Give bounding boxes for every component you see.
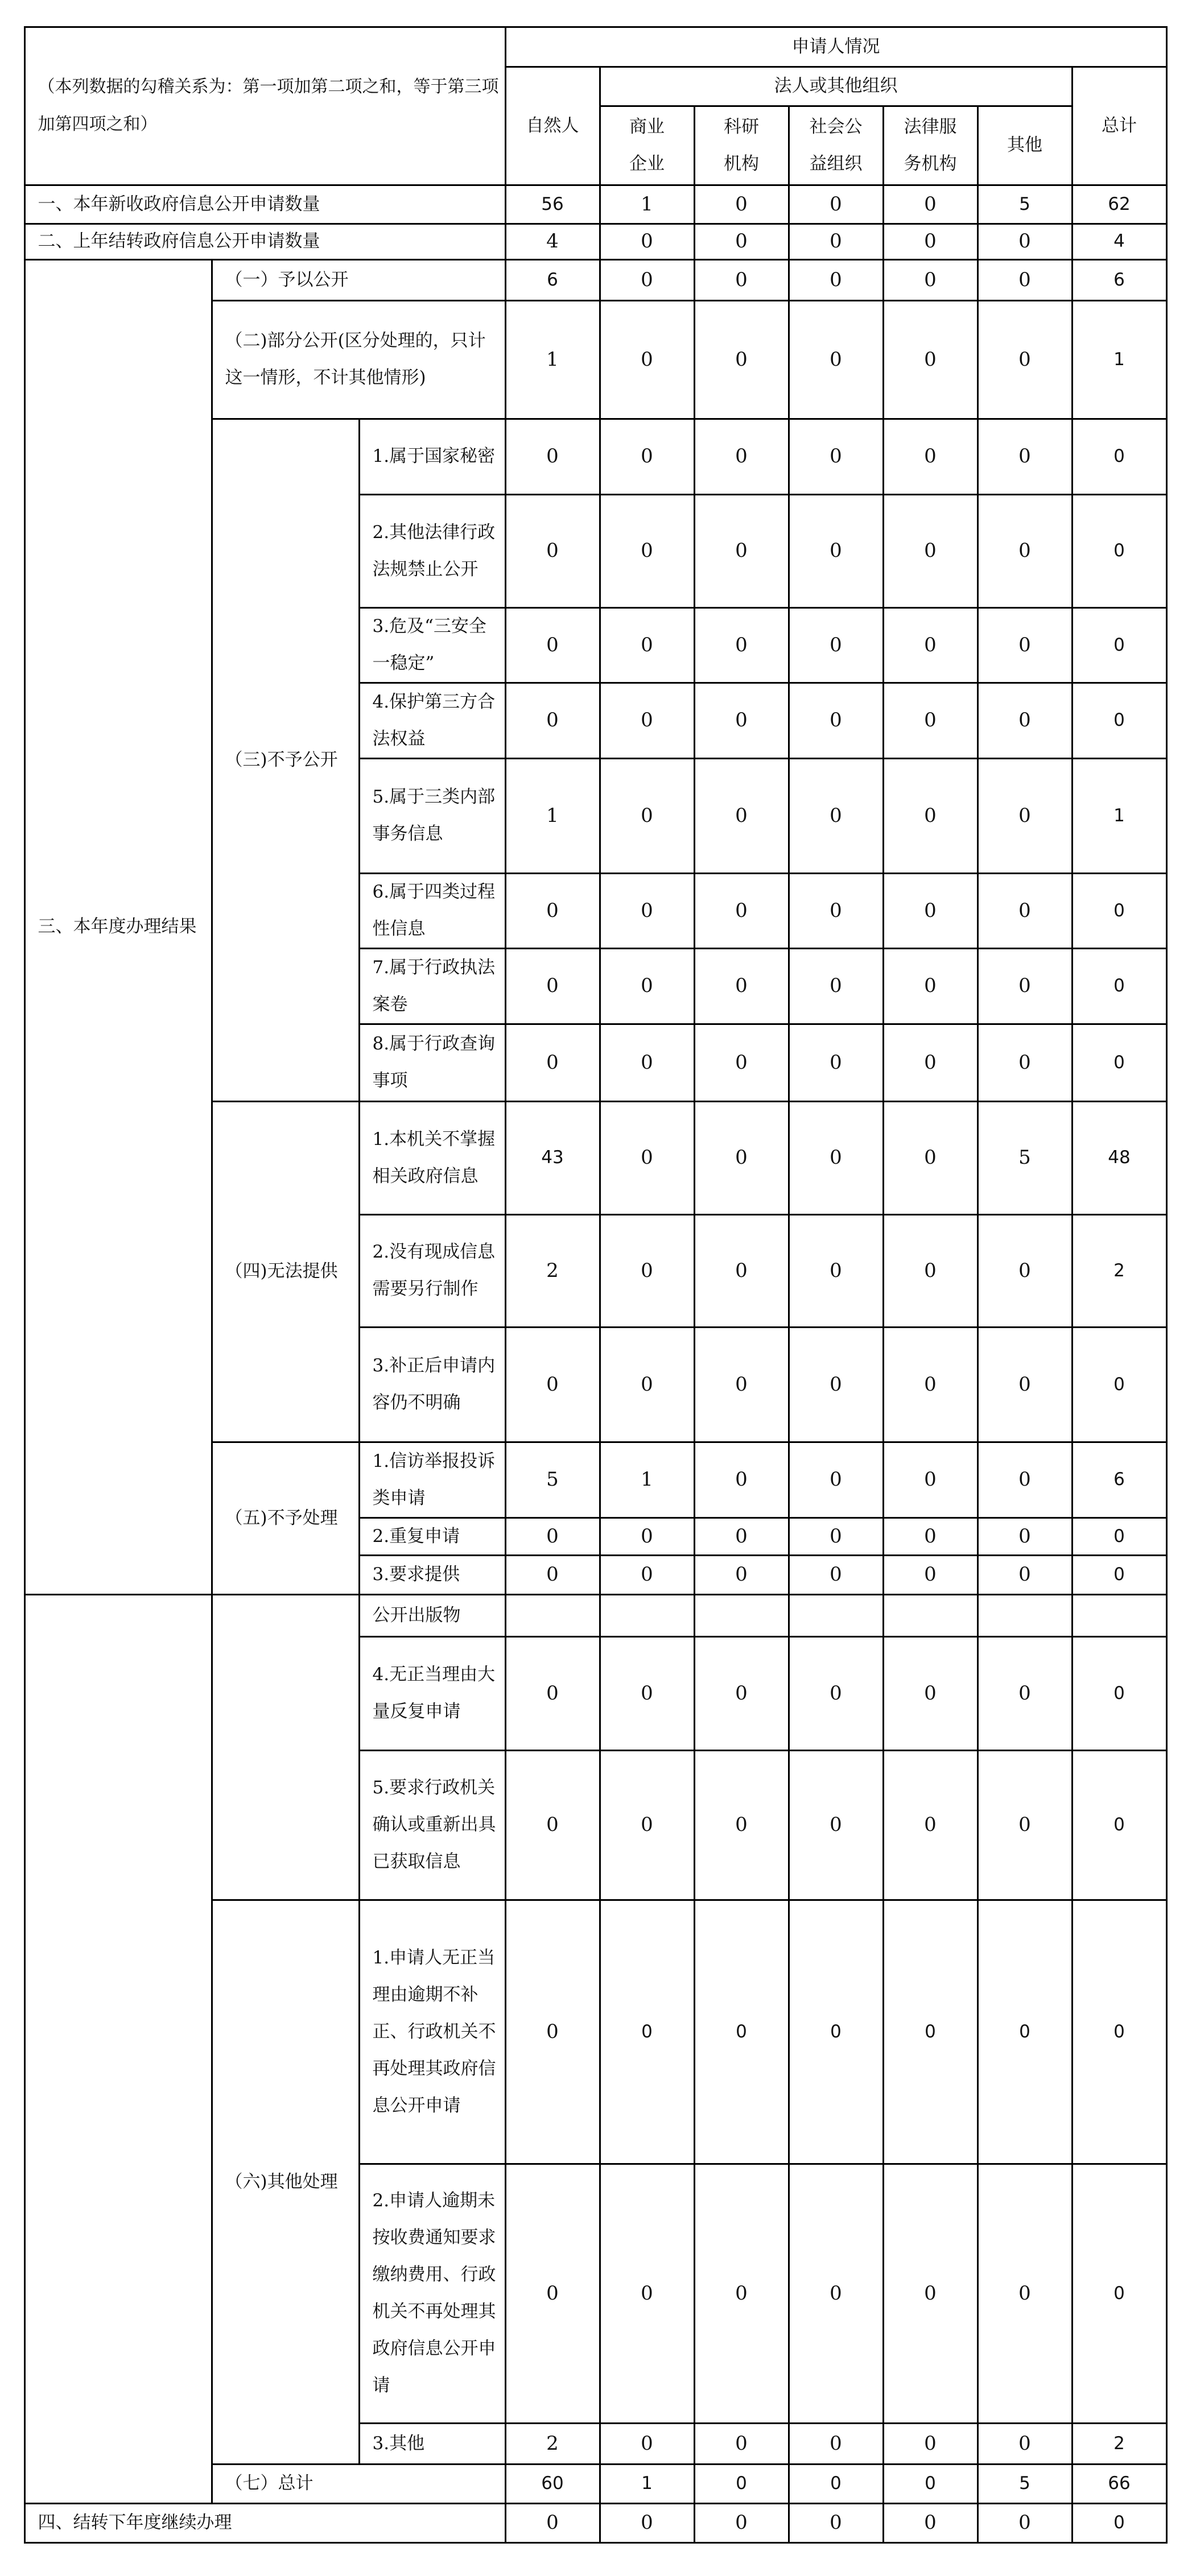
- value-g6-1-col4-text: 0: [925, 2013, 936, 2050]
- value-s2-col1-text: 0: [641, 223, 653, 260]
- value-s1-col5: 5: [977, 184, 1073, 225]
- value-g3-8-col4-text: 0: [924, 1044, 937, 1081]
- value-g5-4-col3: 0: [788, 1636, 884, 1751]
- value-g1-col2-text: 0: [735, 262, 748, 299]
- value-g3-3-col0-text: 0: [546, 627, 559, 664]
- value-g2-col5-text: 0: [1018, 341, 1031, 378]
- row-label-g1: （一）予以公开: [211, 259, 506, 301]
- value-g1-col5: 0: [977, 259, 1073, 301]
- value-g5-5-col6: 0: [1071, 1750, 1168, 1901]
- value-g6-3-col2-text: 0: [735, 2425, 748, 2462]
- value-g5-3b-col2: [694, 1594, 790, 1638]
- header-social-welfare-org-text: 社会公 益组织: [810, 109, 863, 183]
- value-g7-col1: 1: [599, 2463, 695, 2504]
- value-g4-2-col5-text: 0: [1018, 1252, 1031, 1289]
- value-g5-1-col1: 1: [599, 1441, 695, 1519]
- row-label-g2-text: （二)部分公开(区分处理的，只计这一情形，不计其他情形): [225, 322, 499, 396]
- value-g3-3-col2-text: 0: [735, 627, 748, 664]
- value-g3-4-col0-text: 0: [546, 702, 559, 739]
- value-g1-col1: 0: [599, 259, 695, 301]
- value-g5-4-col5: 0: [977, 1636, 1073, 1751]
- value-s2-col6: 4: [1071, 223, 1168, 261]
- value-g3-4-col0: 0: [505, 682, 601, 759]
- value-g7-col6: 66: [1071, 2463, 1168, 2504]
- value-g6-1-col5-text: 0: [1019, 2013, 1030, 2050]
- value-g6-2-col4-text: 0: [924, 2275, 937, 2312]
- value-g6-3-col3-text: 0: [830, 2425, 842, 2462]
- header-legal-or-other-org-text: 法人或其他组织: [774, 68, 898, 105]
- value-g5-2-col3: 0: [788, 1517, 884, 1556]
- value-g3-3-col1: 0: [599, 607, 695, 684]
- value-s4-col4-text: 0: [924, 2504, 937, 2541]
- value-g3-1-col0: 0: [505, 418, 601, 495]
- value-g7-col4: 0: [882, 2463, 979, 2504]
- value-g6-2-col5: 0: [977, 2163, 1073, 2424]
- value-s1-col3-text: 0: [830, 186, 842, 223]
- value-g4-1-col5-text: 5: [1018, 1139, 1031, 1176]
- header-total: 总计: [1071, 66, 1168, 186]
- value-g3-6-col3-text: 0: [830, 892, 842, 929]
- row-label-g5-3-text: 3.要求提供: [373, 1556, 499, 1593]
- value-g5-2-col4: 0: [882, 1517, 979, 1556]
- section-3-handling-results: 三、本年度办理结果: [24, 259, 213, 1595]
- value-g3-3-col0: 0: [505, 607, 601, 684]
- value-g6-1-col2: 0: [694, 1899, 790, 2165]
- value-g3-1-col1: 0: [599, 418, 695, 495]
- group-6-other-handling: （六)其他处理: [211, 1899, 360, 2465]
- row-label-g3-4-text: 4.保护第三方合法权益: [373, 684, 499, 758]
- row-label-g3-7: 7.属于行政执法案卷: [358, 948, 506, 1025]
- header-social-welfare-org: 社会公 益组织: [788, 105, 884, 186]
- value-g4-2-col6-text: 2: [1113, 1252, 1125, 1289]
- value-g4-1-col6: 48: [1071, 1101, 1168, 1215]
- value-g3-7-col3-text: 0: [830, 967, 842, 1004]
- value-g3-2-col1-text: 0: [641, 532, 653, 569]
- value-g3-5-col2: 0: [694, 758, 790, 874]
- value-g3-1-col2: 0: [694, 418, 790, 495]
- value-g3-5-col4-text: 0: [924, 797, 937, 834]
- header-legal-service-org: 法律服 务机构: [882, 105, 979, 186]
- value-g6-2-col0-text: 0: [546, 2275, 559, 2312]
- row-label-s1-text: 一、本年新收政府信息公开申请数量: [38, 186, 499, 223]
- header-research-institution-text: 科研 机构: [724, 109, 759, 183]
- value-g4-2-col3-text: 0: [830, 1252, 842, 1289]
- value-g3-8-col2: 0: [694, 1023, 790, 1102]
- header-commercial-enterprise-text: 商业 企业: [629, 109, 665, 183]
- value-g7-col1-text: 1: [641, 2465, 653, 2502]
- value-g4-1-col4-text: 0: [924, 1139, 937, 1176]
- value-g7-col3: 0: [788, 2463, 884, 2504]
- value-g3-6-col0: 0: [505, 873, 601, 949]
- value-g6-2-col2-text: 0: [735, 2275, 748, 2312]
- value-g6-3-col4: 0: [882, 2422, 979, 2465]
- value-g6-2-col6-text: 0: [1113, 2275, 1125, 2312]
- value-g3-2-col0: 0: [505, 494, 601, 609]
- header-legal-or-other-org: 法人或其他组织: [599, 66, 1073, 107]
- value-g3-6-col4-text: 0: [924, 892, 937, 929]
- value-g6-3-col6: 2: [1071, 2422, 1168, 2465]
- value-g4-3-col5: 0: [977, 1326, 1073, 1443]
- value-s2-col5: 0: [977, 223, 1073, 261]
- value-g6-2-col0: 0: [505, 2163, 601, 2424]
- header-research-institution: 科研 机构: [694, 105, 790, 186]
- value-g6-2-col3: 0: [788, 2163, 884, 2424]
- value-g5-2-col1-text: 0: [641, 1518, 653, 1555]
- value-g3-7-col2: 0: [694, 948, 790, 1025]
- value-g7-col0-text: 60: [541, 2465, 563, 2502]
- value-g3-2-col6-text: 0: [1113, 532, 1125, 569]
- value-g3-2-col2-text: 0: [735, 532, 748, 569]
- value-g6-3-col4-text: 0: [924, 2425, 937, 2462]
- value-g5-4-col0: 0: [505, 1636, 601, 1751]
- value-s2-col0-text: 4: [546, 223, 559, 260]
- value-g5-2-col6-text: 0: [1113, 1518, 1125, 1555]
- value-g3-1-col5: 0: [977, 418, 1073, 495]
- value-g4-1-col6-text: 48: [1108, 1139, 1130, 1176]
- row-label-g3-5: 5.属于三类内部事务信息: [358, 758, 506, 874]
- value-g3-4-col1: 0: [599, 682, 695, 759]
- value-g3-2-col5: 0: [977, 494, 1073, 609]
- row-label-s2-text: 二、上年结转政府信息公开申请数量: [38, 223, 499, 260]
- value-g6-1-col6: 0: [1071, 1899, 1168, 2165]
- value-g4-1-col4: 0: [882, 1101, 979, 1215]
- row-label-g3-3-text: 3.危及“三安全一稳定”: [373, 608, 499, 682]
- value-g4-1-col1: 0: [599, 1101, 695, 1215]
- value-g3-4-col3-text: 0: [830, 702, 842, 739]
- value-g4-1-col0-text: 43: [541, 1139, 563, 1176]
- value-g6-3-col5-text: 0: [1018, 2425, 1031, 2462]
- value-g3-1-col2-text: 0: [735, 438, 748, 475]
- value-g5-4-col5-text: 0: [1018, 1675, 1031, 1712]
- value-g4-2-col5: 0: [977, 1214, 1073, 1328]
- value-s4-col2-text: 0: [735, 2504, 748, 2541]
- value-g5-5-col0: 0: [505, 1750, 601, 1901]
- value-g6-1-col0-text: 0: [546, 2013, 559, 2050]
- row-label-g3-6: 6.属于四类过程性信息: [358, 873, 506, 949]
- value-g5-1-col5-text: 0: [1018, 1461, 1031, 1498]
- value-g5-2-col3-text: 0: [830, 1518, 842, 1555]
- row-label-s4: 四、结转下年度继续办理: [24, 2503, 506, 2544]
- value-s1-col6: 62: [1071, 184, 1168, 225]
- value-g3-1-col3-text: 0: [830, 438, 842, 475]
- value-s2-col3-text: 0: [830, 223, 842, 260]
- value-g5-3-col5: 0: [977, 1554, 1073, 1595]
- value-g2-col0: 1: [505, 300, 601, 420]
- value-g1-col1-text: 0: [641, 262, 653, 299]
- value-g3-7-col4: 0: [882, 948, 979, 1025]
- value-g6-1-col5: 0: [977, 1899, 1073, 2165]
- value-g4-3-col2-text: 0: [735, 1366, 748, 1403]
- value-g6-3-col3: 0: [788, 2422, 884, 2465]
- value-g3-6-col5-text: 0: [1018, 892, 1031, 929]
- value-g2-col2-text: 0: [735, 341, 748, 378]
- column-note: （本列数据的勾稽关系为：第一项加第二项之和，等于第三项加第四项之和）: [24, 26, 506, 186]
- row-label-g1-text: （一）予以公开: [225, 262, 499, 299]
- value-g3-7-col6: 0: [1071, 948, 1168, 1025]
- row-label-g5-1-text: 1.信访举报投诉类申请: [373, 1443, 499, 1517]
- value-g3-7-col6-text: 0: [1113, 967, 1125, 1004]
- value-g5-4-col6: 0: [1071, 1636, 1168, 1751]
- value-g5-2-col5: 0: [977, 1517, 1073, 1556]
- group-6-other-handling-text: （六)其他处理: [225, 2164, 353, 2201]
- value-g5-4-col2: 0: [694, 1636, 790, 1751]
- value-g5-4-col6-text: 0: [1113, 1675, 1125, 1712]
- value-g1-col3: 0: [788, 259, 884, 301]
- value-g5-3-col3-text: 0: [830, 1556, 842, 1593]
- value-g3-5-col6-text: 1: [1113, 797, 1125, 834]
- value-s1-col1: 1: [599, 184, 695, 225]
- row-label-g2: （二)部分公开(区分处理的，只计这一情形，不计其他情形): [211, 300, 506, 420]
- value-g5-5-col5: 0: [977, 1750, 1073, 1901]
- value-g1-col4-text: 0: [924, 262, 937, 299]
- value-g3-4-col3: 0: [788, 682, 884, 759]
- row-label-g6-3-text: 3.其他: [373, 2425, 499, 2462]
- row-label-g3-5-text: 5.属于三类内部事务信息: [373, 779, 499, 853]
- value-g4-1-col1-text: 0: [641, 1139, 653, 1176]
- value-g3-4-col2: 0: [694, 682, 790, 759]
- value-g5-1-col6-text: 6: [1113, 1461, 1125, 1498]
- value-g1-col0: 6: [505, 259, 601, 301]
- value-g7-col2: 0: [694, 2463, 790, 2504]
- value-g7-col6-text: 66: [1108, 2465, 1130, 2502]
- value-g3-1-col4-text: 0: [924, 438, 937, 475]
- value-s1-col6-text: 62: [1108, 186, 1130, 223]
- value-g3-2-col0-text: 0: [546, 532, 559, 569]
- value-g3-7-col1-text: 0: [641, 967, 653, 1004]
- value-g5-2-col0: 0: [505, 1517, 601, 1556]
- value-g5-5-col3-text: 0: [830, 1806, 842, 1843]
- value-s2-col3: 0: [788, 223, 884, 261]
- value-g3-8-col6: 0: [1071, 1023, 1168, 1102]
- value-g2-col6: 1: [1071, 300, 1168, 420]
- value-g5-5-col4: 0: [882, 1750, 979, 1901]
- row-label-g5-1: 1.信访举报投诉类申请: [358, 1441, 506, 1519]
- value-g5-5-col5-text: 0: [1018, 1806, 1031, 1843]
- value-g3-2-col3-text: 0: [830, 532, 842, 569]
- value-g3-8-col4: 0: [882, 1023, 979, 1102]
- value-g3-8-col1-text: 0: [641, 1044, 653, 1081]
- value-g3-3-col6: 0: [1071, 607, 1168, 684]
- value-g7-col3-text: 0: [830, 2465, 842, 2502]
- value-s4-col0: 0: [505, 2503, 601, 2544]
- row-label-g6-2: 2.申请人逾期未按收费通知要求缴纳费用、行政机关不再处理其政府信息公开申请: [358, 2163, 506, 2424]
- value-g2-col3: 0: [788, 300, 884, 420]
- row-label-g4-1: 1.本机关不掌握相关政府信息: [358, 1101, 506, 1215]
- value-g3-8-col6-text: 0: [1113, 1044, 1125, 1081]
- row-label-g4-1-text: 1.本机关不掌握相关政府信息: [373, 1121, 499, 1195]
- value-g4-3-col4: 0: [882, 1326, 979, 1443]
- value-g3-2-col1: 0: [599, 494, 695, 609]
- value-g5-3-col1-text: 0: [641, 1556, 653, 1593]
- row-label-g6-3: 3.其他: [358, 2422, 506, 2465]
- group-5-not-processed: （五)不予处理: [211, 1441, 360, 1595]
- value-g5-4-col1: 0: [599, 1636, 695, 1751]
- value-g4-2-col3: 0: [788, 1214, 884, 1328]
- value-g3-1-col5-text: 0: [1018, 438, 1031, 475]
- value-g3-4-col6-text: 0: [1113, 702, 1125, 739]
- value-g5-2-col2-text: 0: [735, 1518, 748, 1555]
- value-g6-3-col0-text: 2: [546, 2425, 559, 2462]
- value-g3-5-col5-text: 0: [1018, 797, 1031, 834]
- value-g6-1-col2-text: 0: [736, 2013, 747, 2050]
- header-other: 其他: [977, 105, 1073, 186]
- value-g5-3b-col0: [505, 1594, 601, 1638]
- value-s2-col2: 0: [694, 223, 790, 261]
- value-s4-col4: 0: [882, 2503, 979, 2544]
- value-g3-2-col3: 0: [788, 494, 884, 609]
- value-g5-5-col6-text: 0: [1113, 1806, 1125, 1843]
- value-g3-4-col6: 0: [1071, 682, 1168, 759]
- value-g6-3-col6-text: 2: [1113, 2425, 1125, 2462]
- value-g6-3-col0: 2: [505, 2422, 601, 2465]
- value-g4-3-col2: 0: [694, 1326, 790, 1443]
- value-g2-col2: 0: [694, 300, 790, 420]
- value-g4-3-col0: 0: [505, 1326, 601, 1443]
- value-g3-7-col4-text: 0: [924, 967, 937, 1004]
- value-g6-3-col1: 0: [599, 2422, 695, 2465]
- value-s1-col5-text: 5: [1019, 186, 1030, 223]
- row-label-g5-5: 5.要求行政机关确认或重新出具已获取信息: [358, 1750, 506, 1901]
- value-g5-3-col6-text: 0: [1113, 1556, 1125, 1593]
- value-g5-5-col1-text: 0: [641, 1806, 653, 1843]
- value-g3-1-col1-text: 0: [641, 438, 653, 475]
- value-g5-3b-col6: [1071, 1594, 1168, 1638]
- value-s2-col5-text: 0: [1018, 223, 1031, 260]
- value-g1-col6-text: 6: [1113, 262, 1125, 299]
- value-g5-3-col2-text: 0: [735, 1556, 748, 1593]
- value-g3-1-col6: 0: [1071, 418, 1168, 495]
- value-g4-1-col5: 5: [977, 1101, 1073, 1215]
- value-g3-3-col1-text: 0: [641, 627, 653, 664]
- header-natural-person-text: 自然人: [526, 107, 579, 144]
- value-g3-8-col0: 0: [505, 1023, 601, 1102]
- header-applicant-situation-text: 申请人情况: [792, 28, 880, 65]
- value-s4-col3-text: 0: [830, 2504, 842, 2541]
- value-g2-col3-text: 0: [830, 341, 842, 378]
- section-3-continued: [24, 1594, 213, 2504]
- value-g4-3-col1-text: 0: [641, 1366, 653, 1403]
- value-g5-3b-col5: [977, 1594, 1073, 1638]
- value-g3-5-col4: 0: [882, 758, 979, 874]
- value-g5-1-col3: 0: [788, 1441, 884, 1519]
- value-s2-col2-text: 0: [735, 223, 748, 260]
- value-g4-3-col6: 0: [1071, 1326, 1168, 1443]
- value-g3-6-col3: 0: [788, 873, 884, 949]
- value-g3-4-col5-text: 0: [1018, 702, 1031, 739]
- value-g3-2-col5-text: 0: [1018, 532, 1031, 569]
- value-g3-8-col3-text: 0: [830, 1044, 842, 1081]
- row-label-g7: （七）总计: [211, 2463, 506, 2504]
- group-5-continued: [211, 1594, 360, 1901]
- value-g3-6-col2: 0: [694, 873, 790, 949]
- value-g7-col5: 5: [977, 2463, 1073, 2504]
- value-g5-2-col4-text: 0: [924, 1518, 937, 1555]
- value-g5-3-col0-text: 0: [546, 1556, 559, 1593]
- value-g6-1-col1-text: 0: [641, 2013, 653, 2050]
- row-label-g4-3: 3.补正后申请内容仍不明确: [358, 1326, 506, 1443]
- row-label-g5-2: 2.重复申请: [358, 1517, 506, 1556]
- row-label-g3-8: 8.属于行政查询事项: [358, 1023, 506, 1102]
- group-5-not-processed-text: （五)不予处理: [225, 1500, 353, 1537]
- value-g1-col5-text: 0: [1018, 262, 1031, 299]
- value-g3-5-col2-text: 0: [735, 797, 748, 834]
- value-g3-3-col4: 0: [882, 607, 979, 684]
- value-g3-8-col5-text: 0: [1018, 1044, 1031, 1081]
- row-label-g4-2: 2.没有现成信息需要另行制作: [358, 1214, 506, 1328]
- value-g6-3-col2: 0: [694, 2422, 790, 2465]
- value-g5-1-col1-text: 1: [641, 1461, 653, 1498]
- value-g5-4-col4-text: 0: [924, 1675, 937, 1712]
- value-g4-1-col0: 43: [505, 1101, 601, 1215]
- value-g4-3-col6-text: 0: [1113, 1366, 1125, 1403]
- value-s4-col3: 0: [788, 2503, 884, 2544]
- value-g5-3-col4: 0: [882, 1554, 979, 1595]
- value-g2-col4-text: 0: [924, 341, 937, 378]
- value-g5-4-col2-text: 0: [735, 1675, 748, 1712]
- value-g3-7-col0: 0: [505, 948, 601, 1025]
- row-label-g5-3b: 公开出版物: [358, 1594, 506, 1638]
- value-g6-3-col1-text: 0: [641, 2425, 653, 2462]
- gov-info-disclosure-table: （本列数据的勾稽关系为：第一项加第二项之和，等于第三项加第四项之和）申请人情况自…: [0, 0, 1192, 2576]
- value-g4-2-col6: 2: [1071, 1214, 1168, 1328]
- value-g2-col4: 0: [882, 300, 979, 420]
- value-g3-1-col3: 0: [788, 418, 884, 495]
- row-label-g3-8-text: 8.属于行政查询事项: [373, 1026, 499, 1099]
- row-label-g3-1: 1.属于国家秘密: [358, 418, 506, 495]
- value-g3-5-col0-text: 1: [546, 797, 559, 834]
- header-legal-service-org-text: 法律服 务机构: [904, 109, 957, 183]
- value-g4-2-col4: 0: [882, 1214, 979, 1328]
- value-g5-3b-col1: [599, 1594, 695, 1638]
- row-label-g5-3b-text: 公开出版物: [373, 1597, 499, 1634]
- value-g3-1-col0-text: 0: [546, 438, 559, 475]
- value-g4-3-col5-text: 0: [1018, 1366, 1031, 1403]
- value-g7-col5-text: 5: [1019, 2465, 1030, 2502]
- value-g4-3-col3: 0: [788, 1326, 884, 1443]
- value-g3-3-col3: 0: [788, 607, 884, 684]
- value-g3-6-col6: 0: [1071, 873, 1168, 949]
- row-label-g6-1-text: 1.申请人无正当理由逾期不补正、行政机关不再处理其政府信息公开申请: [373, 1940, 499, 2124]
- value-g6-1-col3-text: 0: [830, 2013, 842, 2050]
- value-g2-col6-text: 1: [1113, 341, 1125, 378]
- value-g5-2-col6: 0: [1071, 1517, 1168, 1556]
- group-3-not-disclosed-text: （三)不予公开: [225, 742, 353, 779]
- value-s1-col0: 56: [505, 184, 601, 225]
- value-g4-2-col4-text: 0: [924, 1252, 937, 1289]
- value-g3-7-col0-text: 0: [546, 967, 559, 1004]
- value-g4-3-col0-text: 0: [546, 1366, 559, 1403]
- value-g5-3-col6: 0: [1071, 1554, 1168, 1595]
- value-g3-1-col4: 0: [882, 418, 979, 495]
- value-g3-3-col5: 0: [977, 607, 1073, 684]
- value-g5-1-col4: 0: [882, 1441, 979, 1519]
- header-applicant-situation: 申请人情况: [505, 26, 1168, 68]
- value-g5-5-col2-text: 0: [735, 1806, 748, 1843]
- value-s1-col2-text: 0: [735, 186, 748, 223]
- value-g4-1-col3-text: 0: [830, 1139, 842, 1176]
- value-g6-3-col5: 0: [977, 2422, 1073, 2465]
- row-label-g3-2-text: 2.其他法律行政法规禁止公开: [373, 514, 499, 588]
- row-label-s4-text: 四、结转下年度继续办理: [38, 2504, 499, 2541]
- row-label-g3-6-text: 6.属于四类过程性信息: [373, 874, 499, 948]
- value-g3-4-col4: 0: [882, 682, 979, 759]
- value-s2-col4-text: 0: [924, 223, 937, 260]
- value-g4-3-col1: 0: [599, 1326, 695, 1443]
- value-g3-2-col4: 0: [882, 494, 979, 609]
- row-label-g5-4-text: 4.无正当理由大量反复申请: [373, 1656, 499, 1730]
- value-g5-1-col3-text: 0: [830, 1461, 842, 1498]
- value-g2-col1: 0: [599, 300, 695, 420]
